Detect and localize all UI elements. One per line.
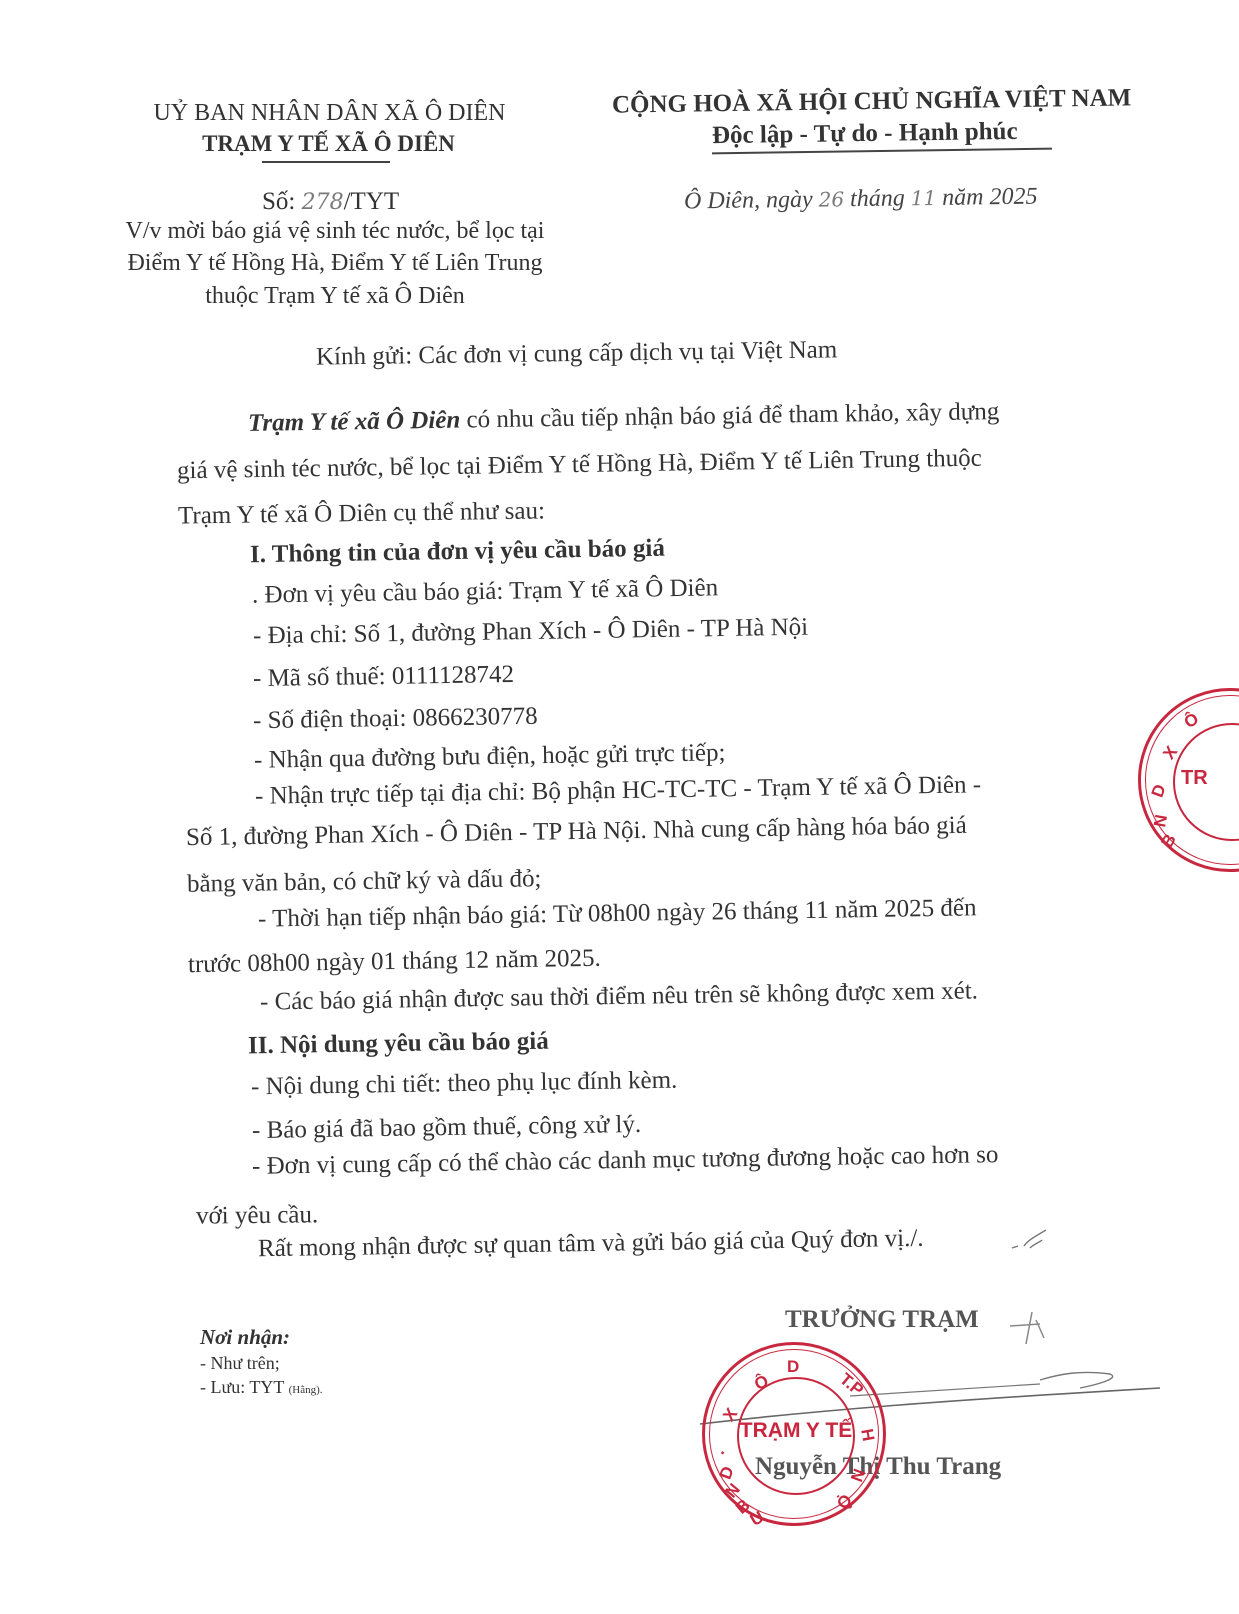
national-motto: Độc lập - Tự do - Hạnh phúc xyxy=(712,118,1018,150)
section-2-heading: II. Nội dung yêu cầu báo giá xyxy=(248,1028,549,1061)
document-date: Ô Diên, ngày 26 tháng 11 năm 2025 xyxy=(684,184,1038,216)
document-number: Số: 278/TYT xyxy=(262,188,399,216)
recipient-line: Kính gửi: Các đơn vị cung cấp dịch vụ tạ… xyxy=(316,336,838,371)
number-suffix: /TYT xyxy=(344,188,400,215)
section-2-item: - Báo giá đã bao gồm thuế, công xử lý. xyxy=(252,1111,642,1145)
subject-line-2: Điểm Y tế Hồng Hà, Điểm Y tế Liên Trung xyxy=(100,250,570,277)
closing-line: Rất mong nhận được sự quan tâm và gửi bá… xyxy=(258,1225,924,1263)
recipients-title: Nơi nhận: xyxy=(200,1325,290,1350)
stamp-ring-char: N xyxy=(1150,813,1172,829)
subject-line-3: thuộc Trạm Y tế xã Ô Diên xyxy=(100,283,570,310)
intro-line-2: giá vệ sinh téc nước, bể lọc tại Điểm Y … xyxy=(177,445,982,486)
equivalent-offer-line-2: với yêu cầu. xyxy=(196,1201,319,1230)
date-month: 11 xyxy=(911,186,937,210)
country-name: CỘNG HOÀ XÃ HỘI CHỦ NGHĨA VIỆT NAM xyxy=(612,84,1132,119)
initials-mark xyxy=(1010,1226,1050,1256)
section-1-item: - Nhận qua đường bưu điện, hoặc gửi trực… xyxy=(254,739,726,774)
date-month-label: tháng xyxy=(850,185,905,212)
section-1-item: - Địa chỉ: Số 1, đường Phan Xích - Ô Diê… xyxy=(253,614,809,651)
number-label: Số: xyxy=(262,188,295,215)
section-1-heading: I. Thông tin của đơn vị yêu cầu báo giá xyxy=(250,535,665,570)
section-1-item: . Đơn vị yêu cầu báo giá: Trạm Y tế xã Ô… xyxy=(252,574,719,609)
subject-line-1: V/v mời báo giá vệ sinh téc nước, bể lọc… xyxy=(100,218,570,245)
deadline-line-1: - Thời hạn tiếp nhận báo giá: Từ 08h00 n… xyxy=(258,894,977,933)
late-submission-note: - Các báo giá nhận được sau thời điểm nê… xyxy=(260,977,978,1016)
recipients-item: - Lưu: TYT (Hằng). xyxy=(200,1377,323,1398)
section-2-item: - Nội dung chi tiết: theo phụ lục đính k… xyxy=(251,1067,678,1102)
stamp-ring-char: D xyxy=(787,1357,799,1377)
recipients-item: - Như trên; xyxy=(200,1353,280,1374)
intro-line-1-text: có nhu cầu tiếp nhận báo giá để tham khả… xyxy=(466,398,999,433)
intro-line-3: Trạm Y tế xã Ô Diên cụ thể như sau: xyxy=(178,497,545,530)
section-1-item: - Số điện thoại: 0866230778 xyxy=(253,703,538,735)
date-year: năm 2025 xyxy=(942,184,1038,211)
organization-name: TRẠM Y TẾ XÃ Ô DIÊN xyxy=(176,131,481,157)
deadline-line-2: trước 08h00 ngày 01 tháng 12 năm 2025. xyxy=(188,945,601,979)
archive-label: - Lưu: TYT xyxy=(200,1377,284,1397)
organization-underline xyxy=(262,161,390,163)
direct-delivery-line-1: - Nhận trực tiếp tại địa chỉ: Bộ phận HC… xyxy=(255,771,981,810)
official-stamp: TRẠM Y TẾ D . N B U X Ô D T.P H N Ộ xyxy=(702,1342,886,1526)
partial-edge-stamp: TR D X Ô N B xyxy=(1138,688,1239,872)
handwritten-number: 278 xyxy=(302,190,344,215)
section-1-item: - Mã số thuế: 0111128742 xyxy=(253,661,515,693)
issuing-authority: UỶ BAN NHÂN DÂN XÃ Ô DIÊN xyxy=(152,100,507,127)
direct-delivery-line-3: bằng văn bản, có chữ ký và dấu đỏ; xyxy=(187,865,542,899)
equivalent-offer-line-1: - Đơn vị cung cấp có thể chào các danh m… xyxy=(252,1141,999,1181)
intro-org-name: Trạm Y tế xã Ô Diên xyxy=(248,407,461,437)
stamp-center-text: TRẠM Y TẾ xyxy=(739,1419,853,1443)
partial-stamp-text: TR xyxy=(1181,767,1208,790)
date-prefix: Ô Diên, ngày xyxy=(684,187,813,215)
date-day: 26 xyxy=(818,187,844,211)
direct-delivery-line-2: Số 1, đường Phan Xích - Ô Diên - TP Hà N… xyxy=(186,812,967,852)
clerk-note: (Hằng). xyxy=(289,1384,323,1396)
intro-line-1: Trạm Y tế xã Ô Diên có nhu cầu tiếp nhận… xyxy=(248,398,1000,438)
